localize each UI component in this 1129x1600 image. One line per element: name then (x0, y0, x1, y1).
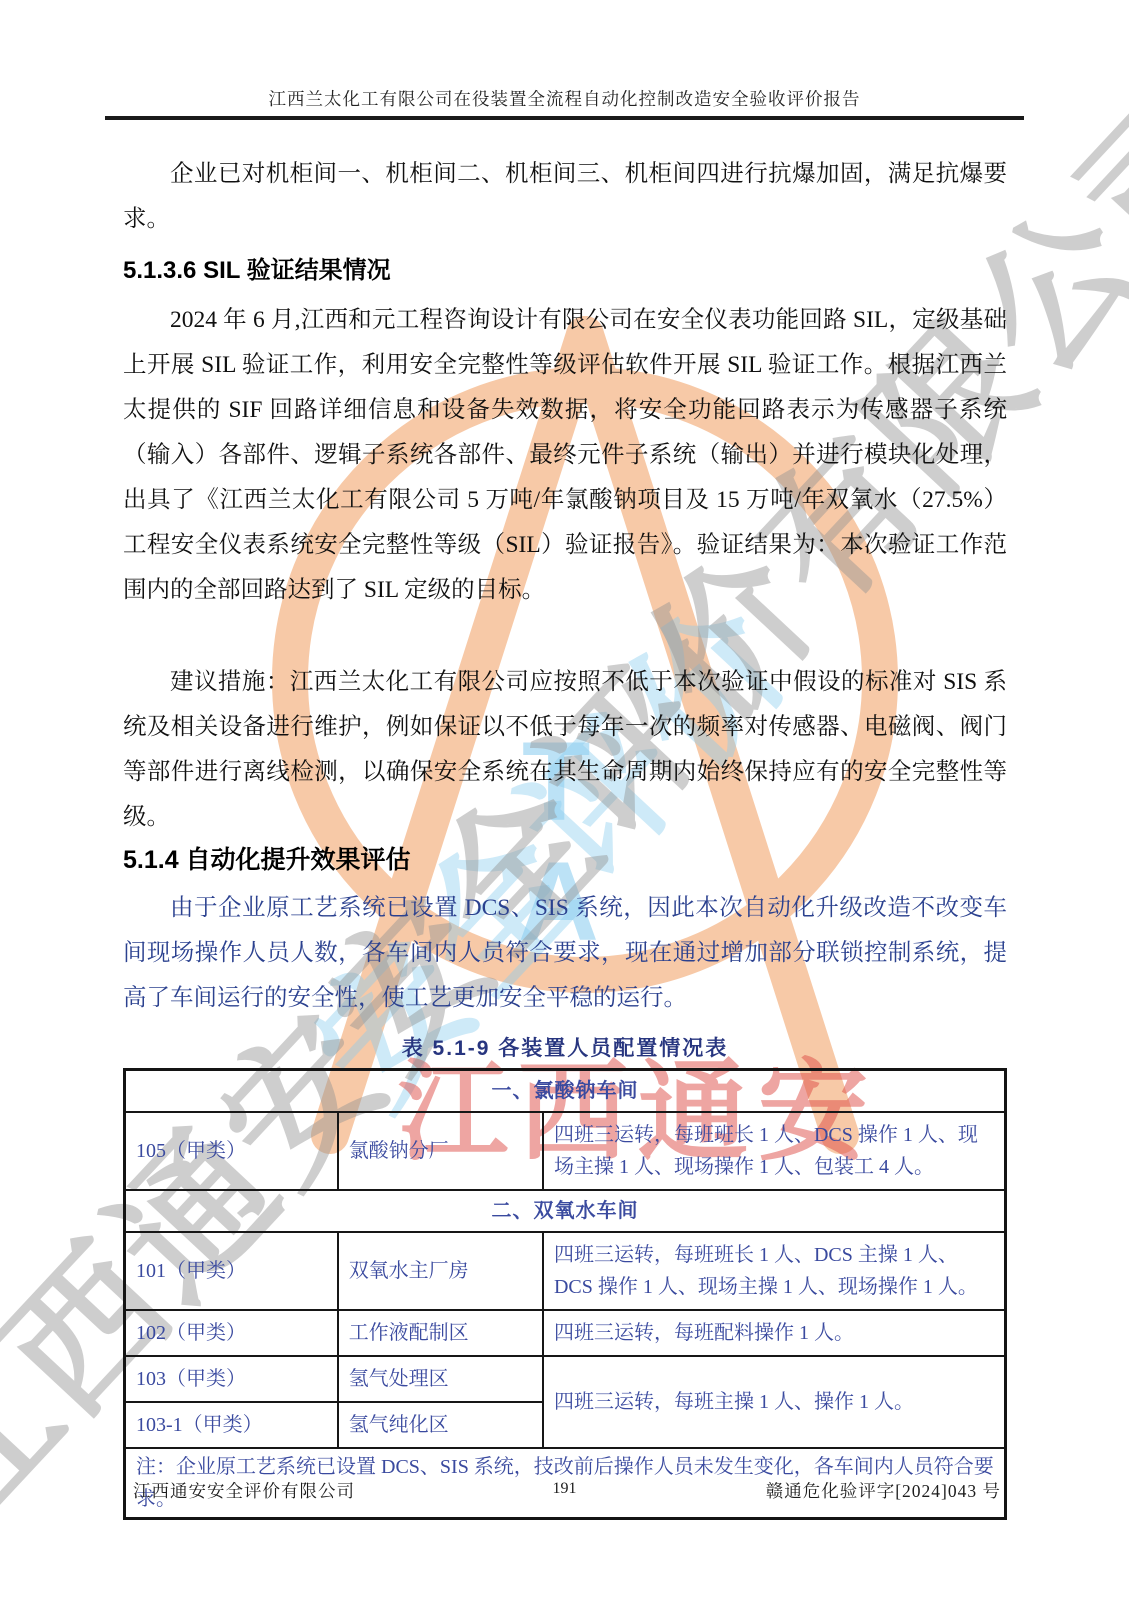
table-section-row: 一、氯酸钠车间 (125, 1070, 1006, 1113)
section-heading-sil-result: 5.1.3.6 SIL 验证结果情况 (123, 250, 1007, 285)
footer-doc-number: 赣通危化验评字[2024]043 号 (766, 1478, 1001, 1503)
table-section-row: 二、双氧水车间 (125, 1190, 1006, 1232)
unit-cell: 103-1（甲类） (125, 1402, 338, 1448)
table-row: 103（甲类） 氢气处理区 四班三运转，每班主操 1 人、操作 1 人。 (125, 1356, 1006, 1402)
area-cell: 氢气纯化区 (338, 1402, 543, 1448)
section-heading-automation-effect: 5.1.4 自动化提升效果评估 (123, 840, 1007, 876)
table-caption: 表 5.1-9 各装置人员配置情况表 (123, 1032, 1007, 1062)
unit-cell: 102（甲类） (125, 1310, 338, 1356)
staffing-table: 一、氯酸钠车间 105（甲类） 氯酸钠分厂 四班三运转，每班班长 1 人、DCS… (123, 1068, 1007, 1520)
unit-cell: 103（甲类） (125, 1356, 338, 1402)
staff-cell: 四班三运转，每班班长 1 人、DCS 主操 1 人、DCS 操作 1 人、现场主… (543, 1232, 1006, 1310)
paragraph-reinforcement: 企业已对机柜间一、机柜间二、机柜间三、机柜间四进行抗爆加固，满足抗爆要求。 (123, 152, 1007, 242)
paragraph-automation-effect: 由于企业原工艺系统已设置 DCS、SIS 系统，因此本次自动化升级改造不改变车间… (123, 886, 1007, 1021)
paragraph-sil-verification: 2024 年 6 月,江西和元工程咨询设计有限公司在安全仪表功能回路 SIL，定… (123, 298, 1007, 613)
staff-cell: 四班三运转，每班班长 1 人、DCS 操作 1 人、现场主操 1 人、现场操作 … (543, 1112, 1006, 1190)
page-header-title: 江西兰太化工有限公司在役装置全流程自动化控制改造安全验收评价报告 (0, 86, 1129, 111)
unit-cell: 101（甲类） (125, 1232, 338, 1310)
table-row: 101（甲类） 双氧水主厂房 四班三运转，每班班长 1 人、DCS 主操 1 人… (125, 1232, 1006, 1310)
area-cell: 氯酸钠分厂 (338, 1112, 543, 1190)
unit-cell: 105（甲类） (125, 1112, 338, 1190)
section-header-peroxide: 二、双氧水车间 (125, 1190, 1006, 1232)
table-row: 105（甲类） 氯酸钠分厂 四班三运转，每班班长 1 人、DCS 操作 1 人、… (125, 1112, 1006, 1190)
area-cell: 双氧水主厂房 (338, 1232, 543, 1310)
staff-cell: 四班三运转，每班配料操作 1 人。 (543, 1310, 1006, 1356)
page-content: 江西兰太化工有限公司在役装置全流程自动化控制改造安全验收评价报告 企业已对机柜间… (0, 0, 1129, 1600)
area-cell: 工作液配制区 (338, 1310, 543, 1356)
staff-cell-merged: 四班三运转，每班主操 1 人、操作 1 人。 (543, 1356, 1006, 1448)
paragraph-suggestion: 建议措施：江西兰太化工有限公司应按照不低于本次验证中假设的标准对 SIS 系统及… (123, 660, 1007, 840)
header-rule (105, 116, 1024, 120)
table-row: 102（甲类） 工作液配制区 四班三运转，每班配料操作 1 人。 (125, 1310, 1006, 1356)
area-cell: 氢气处理区 (338, 1356, 543, 1402)
section-header-chlorate: 一、氯酸钠车间 (125, 1070, 1006, 1113)
